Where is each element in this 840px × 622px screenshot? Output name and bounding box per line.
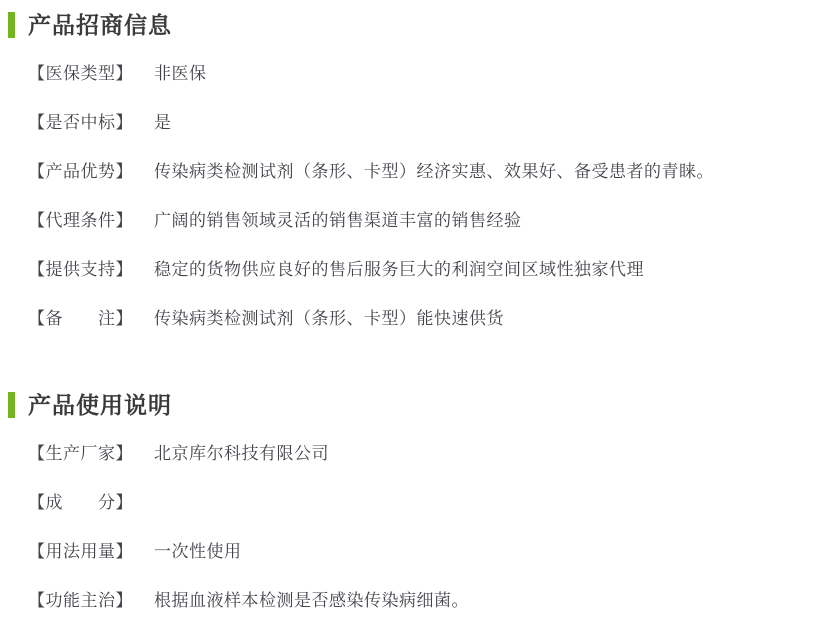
field-row: 【用法用量】 一次性使用 [28, 542, 830, 561]
field-label: 【功能主治】 [28, 591, 133, 610]
field-value: 一次性使用 [154, 542, 242, 561]
info-section: 产品使用说明 【生产厂家】 北京库尔科技有限公司 【成 分】 【用法用量】 一次… [0, 358, 840, 610]
field-label: 【成 分】 [28, 493, 133, 512]
field-row: 【成 分】 [28, 493, 830, 512]
info-section: 产品招商信息 【医保类型】 非医保 【是否中标】 是 【产品优势】 传染病类检测… [0, 0, 840, 328]
section-title: 产品使用说明 [28, 392, 172, 418]
field-row: 【是否中标】 是 [28, 113, 830, 132]
field-list: 【医保类型】 非医保 【是否中标】 是 【产品优势】 传染病类检测试剂（条形、卡… [0, 38, 840, 328]
field-label: 【医保类型】 [28, 64, 133, 83]
section-header: 产品招商信息 [8, 0, 840, 38]
field-value: 非医保 [154, 64, 207, 83]
field-row: 【提供支持】 稳定的货物供应良好的售后服务巨大的利润空间区域性独家代理 [28, 260, 830, 279]
field-label: 【代理条件】 [28, 211, 133, 230]
field-value: 传染病类检测试剂（条形、卡型）能快速供货 [154, 309, 504, 328]
field-list: 【生产厂家】 北京库尔科技有限公司 【成 分】 【用法用量】 一次性使用 【功能… [0, 418, 840, 610]
field-label: 【备 注】 [28, 309, 133, 328]
field-value: 广阔的销售领域灵活的销售渠道丰富的销售经验 [154, 211, 522, 230]
field-row: 【代理条件】 广阔的销售领域灵活的销售渠道丰富的销售经验 [28, 211, 830, 230]
product-info-page: 产品招商信息 【医保类型】 非医保 【是否中标】 是 【产品优势】 传染病类检测… [0, 0, 840, 622]
section-title: 产品招商信息 [28, 12, 172, 38]
field-row: 【备 注】 传染病类检测试剂（条形、卡型）能快速供货 [28, 309, 830, 328]
green-bar-icon [8, 12, 15, 38]
field-label: 【生产厂家】 [28, 444, 133, 463]
field-label: 【产品优势】 [28, 162, 133, 181]
field-value: 稳定的货物供应良好的售后服务巨大的利润空间区域性独家代理 [154, 260, 644, 279]
field-value: 根据血液样本检测是否感染传染病细菌。 [154, 591, 469, 610]
sections-container: 产品招商信息 【医保类型】 非医保 【是否中标】 是 【产品优势】 传染病类检测… [0, 0, 840, 610]
green-bar-icon [8, 392, 15, 418]
field-value: 是 [154, 113, 172, 132]
field-label: 【用法用量】 [28, 542, 133, 561]
field-value: 传染病类检测试剂（条形、卡型）经济实惠、效果好、备受患者的青睐。 [154, 162, 714, 181]
field-row: 【医保类型】 非医保 [28, 64, 830, 83]
field-label: 【是否中标】 [28, 113, 133, 132]
section-header: 产品使用说明 [8, 358, 840, 418]
field-row: 【功能主治】 根据血液样本检测是否感染传染病细菌。 [28, 591, 830, 610]
field-row: 【产品优势】 传染病类检测试剂（条形、卡型）经济实惠、效果好、备受患者的青睐。 [28, 162, 830, 181]
field-label: 【提供支持】 [28, 260, 133, 279]
field-value: 北京库尔科技有限公司 [154, 444, 329, 463]
field-row: 【生产厂家】 北京库尔科技有限公司 [28, 444, 830, 463]
